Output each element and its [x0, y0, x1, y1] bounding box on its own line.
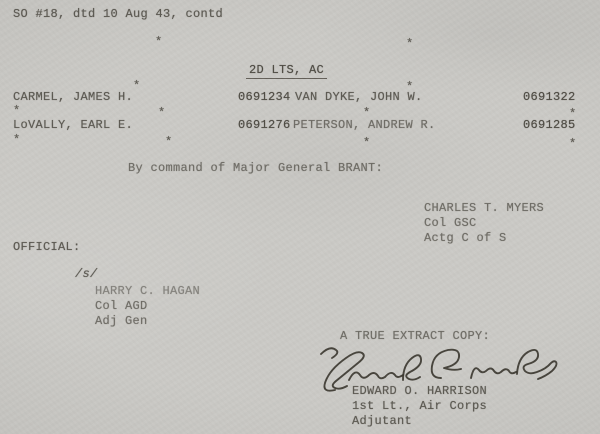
asterisk-mark: * — [165, 135, 173, 149]
by-command-line: By command of Major General BRANT: — [128, 161, 383, 175]
asterisk-mark: * — [406, 37, 414, 51]
roster-serial: 0691234 — [238, 90, 291, 104]
asterisk-mark: * — [569, 137, 577, 151]
asterisk-mark: * — [363, 136, 371, 150]
extract-officer-rank: 1st Lt., Air Corps — [352, 399, 487, 413]
adjutant-general-name: HARRY C. HAGAN — [95, 284, 200, 298]
chief-of-staff-title: Actg C of S — [424, 231, 507, 245]
roster-name: VAN DYKE, JOHN W. — [295, 90, 423, 104]
chief-of-staff-rank: Col GSC — [424, 216, 477, 230]
asterisk-mark: * — [158, 106, 166, 120]
roster-serial: 0691276 — [238, 118, 291, 132]
adjutant-general-rank: Col AGD — [95, 299, 148, 313]
asterisk-mark: * — [155, 35, 163, 49]
order-header: SO #18, dtd 10 Aug 43, contd — [13, 7, 223, 21]
extract-officer-title: Adjutant — [352, 414, 412, 428]
roster-name: LoVALLY, EARL E. — [13, 118, 133, 132]
asterisk-mark: * — [13, 133, 21, 147]
official-label: OFFICIAL: — [13, 240, 81, 254]
extract-officer-name: EDWARD O. HARRISON — [352, 384, 487, 398]
scanned-document-page: SO #18, dtd 10 Aug 43, contd * * 2D LTS,… — [0, 0, 600, 434]
roster-name: CARMEL, JAMES H. — [13, 90, 133, 104]
asterisk-mark: * — [133, 79, 141, 93]
roster-serial: 0691285 — [523, 118, 576, 132]
section-title: 2D LTS, AC — [246, 63, 327, 77]
chief-of-staff-name: CHARLES T. MYERS — [424, 201, 544, 215]
adjutant-general-title: Adj Gen — [95, 314, 148, 328]
roster-name: PETERSON, ANDREW R. — [293, 118, 436, 132]
section-title-text: 2D LTS, AC — [246, 63, 327, 79]
roster-serial: 0691322 — [523, 90, 576, 104]
asterisk-mark: * — [13, 104, 21, 118]
signed-mark: /s/ — [75, 267, 98, 281]
